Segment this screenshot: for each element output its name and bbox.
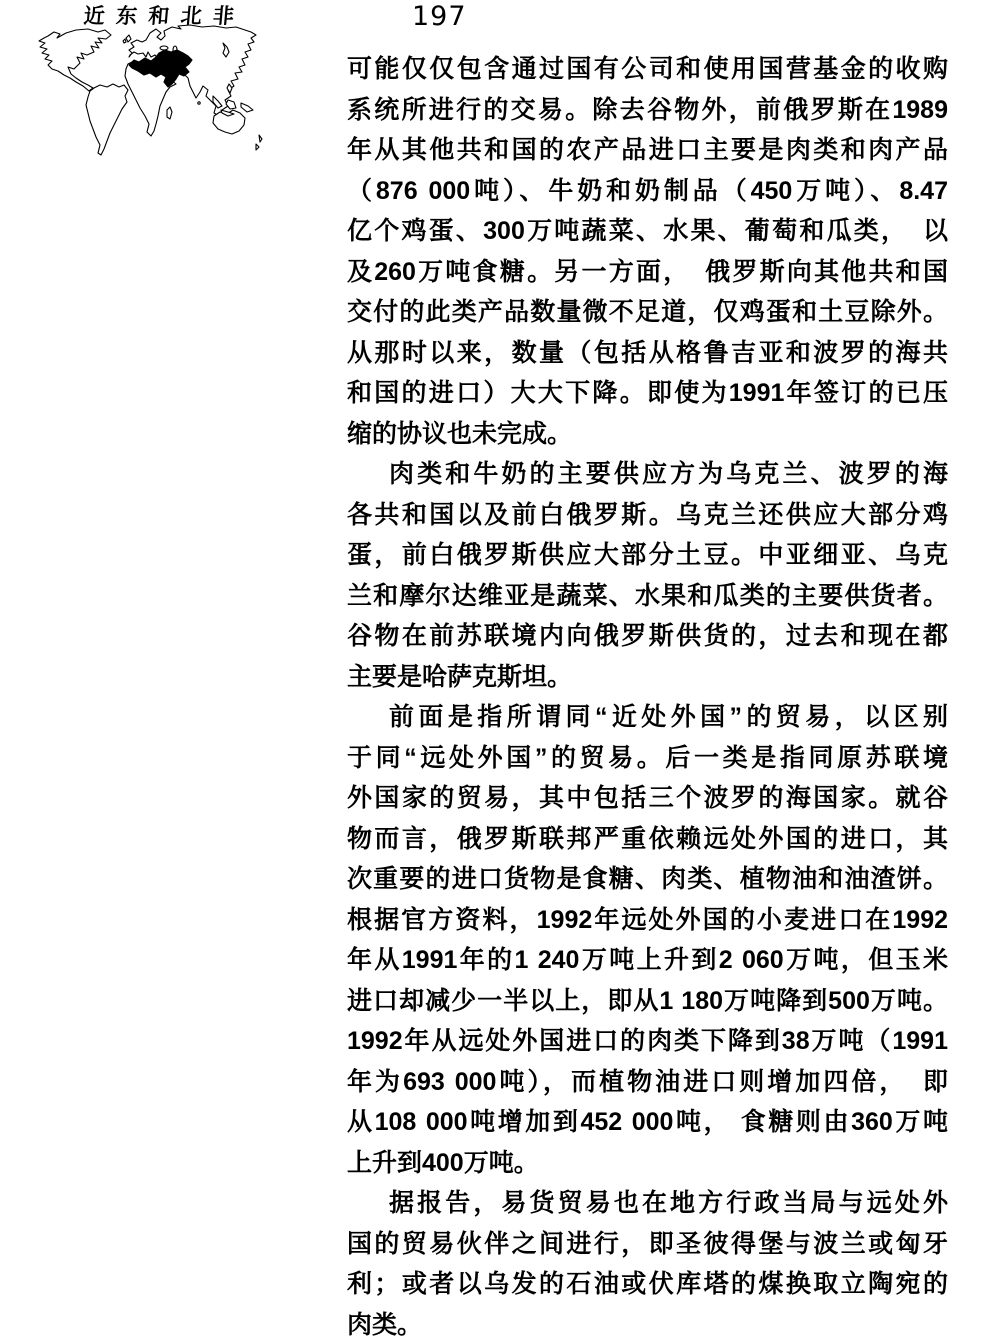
text-line: 年从1991年的1 240万吨上升到2 060万吨，但玉米: [347, 940, 948, 981]
text-line: 肉类和牛奶的主要供应方为乌克兰、波罗的海: [347, 454, 948, 495]
island-uk: [126, 35, 131, 42]
island-new-zealand-north: [259, 135, 262, 142]
text-line: 可能仅仅包含通过国有公司和使用国营基金的收购: [347, 49, 948, 90]
text-line: 根据官方资料，1992年远处外国的小麦进口在1992: [347, 900, 948, 941]
black-sea: [160, 46, 168, 50]
text-line: 各共和国以及前白俄罗斯。乌克兰还供应大部分鸡: [347, 495, 948, 536]
text-line: 进口却减少一半以上，即从1 180万吨降到500万吨。: [347, 981, 948, 1022]
text-line: 肉类。: [347, 1305, 948, 1342]
island-ireland: [123, 39, 126, 43]
text-column: 可能仅仅包含通过国有公司和使用国营基金的收购系统所进行的交易。除去谷物外，前俄罗…: [347, 49, 948, 1342]
island-new-guinea: [241, 103, 253, 112]
island-sri-lanka: [198, 102, 200, 104]
text-line: 国的贸易伙伴之间进行，即圣彼得堡与波兰或匈牙: [347, 1224, 948, 1265]
text-line: 亿个鸡蛋、300万吨蔬菜、水果、葡萄和瓜类， 以: [347, 211, 948, 252]
text-line: 系统所进行的交易。除去谷物外，前俄罗斯在1989: [347, 90, 948, 131]
text-line: 蛋，前白俄罗斯供应大部分土豆。中亚细亚、乌克: [347, 535, 948, 576]
text-line: 于同“远处外国”的贸易。后一类是指同原苏联境: [347, 738, 948, 779]
continent-south-america: [86, 84, 128, 155]
text-line: 缩的协议也未完成。: [347, 414, 948, 455]
text-line: 利；或者以乌发的石油或伏库塔的煤换取立陶宛的: [347, 1264, 948, 1305]
text-line: 物而言，俄罗斯联邦严重依赖远处外国的进口，其: [347, 819, 948, 860]
text-line: 1992年从远处外国进口的肉类下降到38万吨（1991: [347, 1021, 948, 1062]
page-number: 197: [412, 1, 467, 32]
text-line: 主要是哈萨克斯坦。: [347, 657, 948, 698]
text-line: 据报告，易货贸易也在地方行政当局与远处外: [347, 1183, 948, 1224]
text-line: 从108 000吨增加到452 000吨， 食糖则由360万吨: [347, 1102, 948, 1143]
text-line: 从那时以来，数量（包括从格鲁吉亚和波罗的海共: [347, 333, 948, 374]
island-new-zealand-south: [256, 144, 259, 150]
text-line: 次重要的进口货物是食糖、肉类、植物油和油渣饼。: [347, 859, 948, 900]
page: 近 东 和 北 非 197 可能仅仅包含通过国有公司和使用国营基金的收购系统所进…: [0, 0, 1000, 1342]
world-map-nena-icon: [18, 24, 270, 174]
text-line: 及260万吨食糖。另一方面， 俄罗斯向其他共和国: [347, 252, 948, 293]
text-line: 年从其他共和国的农产品进口主要是肉类和肉产品: [347, 130, 948, 171]
text-line: 谷物在前苏联境内向俄罗斯供货的，过去和现在都: [347, 616, 948, 657]
text-line: 和国的进口）大大下降。即使为1991年签订的已压: [347, 373, 948, 414]
island-borneo: [226, 100, 236, 109]
text-line: 交付的此类产品数量微不足道，仅鸡蛋和土豆除外。: [347, 292, 948, 333]
text-line: 上升到400万吨。: [347, 1143, 948, 1184]
text-line: 前面是指所谓同“近处外国”的贸易，以区别: [347, 697, 948, 738]
text-line: （876 000吨）、牛奶和奶制品（450万吨）、8.47: [347, 171, 948, 212]
island-madagascar: [167, 107, 172, 119]
text-line: 兰和摩尔达维亚是蔬菜、水果和瓜类的主要供货者。: [347, 576, 948, 617]
text-line: 外国家的贸易，其中包括三个波罗的海国家。就谷: [347, 778, 948, 819]
text-line: 年为693 000吨），而植物油进口则增加四倍， 即: [347, 1062, 948, 1103]
continent-north-america: [39, 29, 111, 91]
